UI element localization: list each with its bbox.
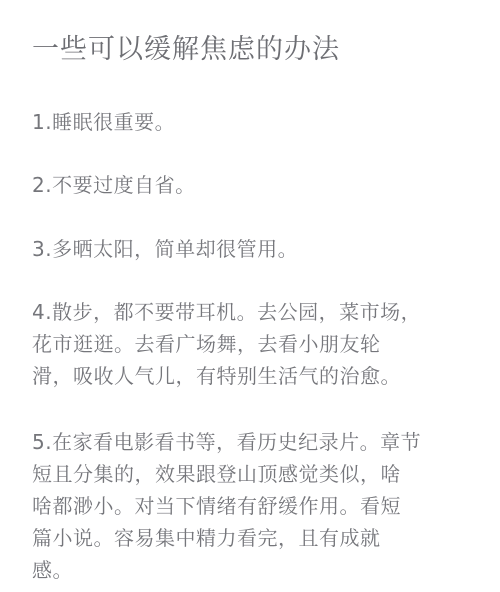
- tip-line: 啥都渺小。对当下情绪有舒缓作用。看短: [32, 490, 477, 522]
- tip-line: 3.多晒太阳，简单却很管用。: [32, 233, 477, 265]
- tip-line: 2.不要过度自省。: [32, 169, 477, 201]
- tip-line: 感。: [32, 554, 477, 586]
- tip-item-5: 5.在家看电影看书等，看历史纪录片。章节 短且分集的，效果跟登山顶感觉类似，啥 …: [32, 426, 477, 586]
- tip-line: 篇小说。容易集中精力看完，且有成就: [32, 522, 477, 554]
- tip-line: 5.在家看电影看书等，看历史纪录片。章节: [32, 426, 477, 458]
- tip-line: 1.睡眠很重要。: [32, 106, 477, 138]
- tip-item-1: 1.睡眠很重要。: [32, 106, 477, 138]
- tip-item-2: 2.不要过度自省。: [32, 169, 477, 201]
- tip-line: 短且分集的，效果跟登山顶感觉类似，啥: [32, 458, 477, 490]
- tip-line: 花市逛逛。去看广场舞，去看小朋友轮: [32, 328, 477, 360]
- tip-item-4: 4.散步，都不要带耳机。去公园，菜市场， 花市逛逛。去看广场舞，去看小朋友轮 滑…: [32, 296, 477, 392]
- tip-item-3: 3.多晒太阳，简单却很管用。: [32, 233, 477, 265]
- tip-line: 4.散步，都不要带耳机。去公园，菜市场，: [32, 296, 477, 328]
- page-title: 一些可以缓解焦虑的办法: [32, 32, 340, 68]
- tip-line: 滑，吸收人气儿，有特别生活气的治愈。: [32, 360, 477, 392]
